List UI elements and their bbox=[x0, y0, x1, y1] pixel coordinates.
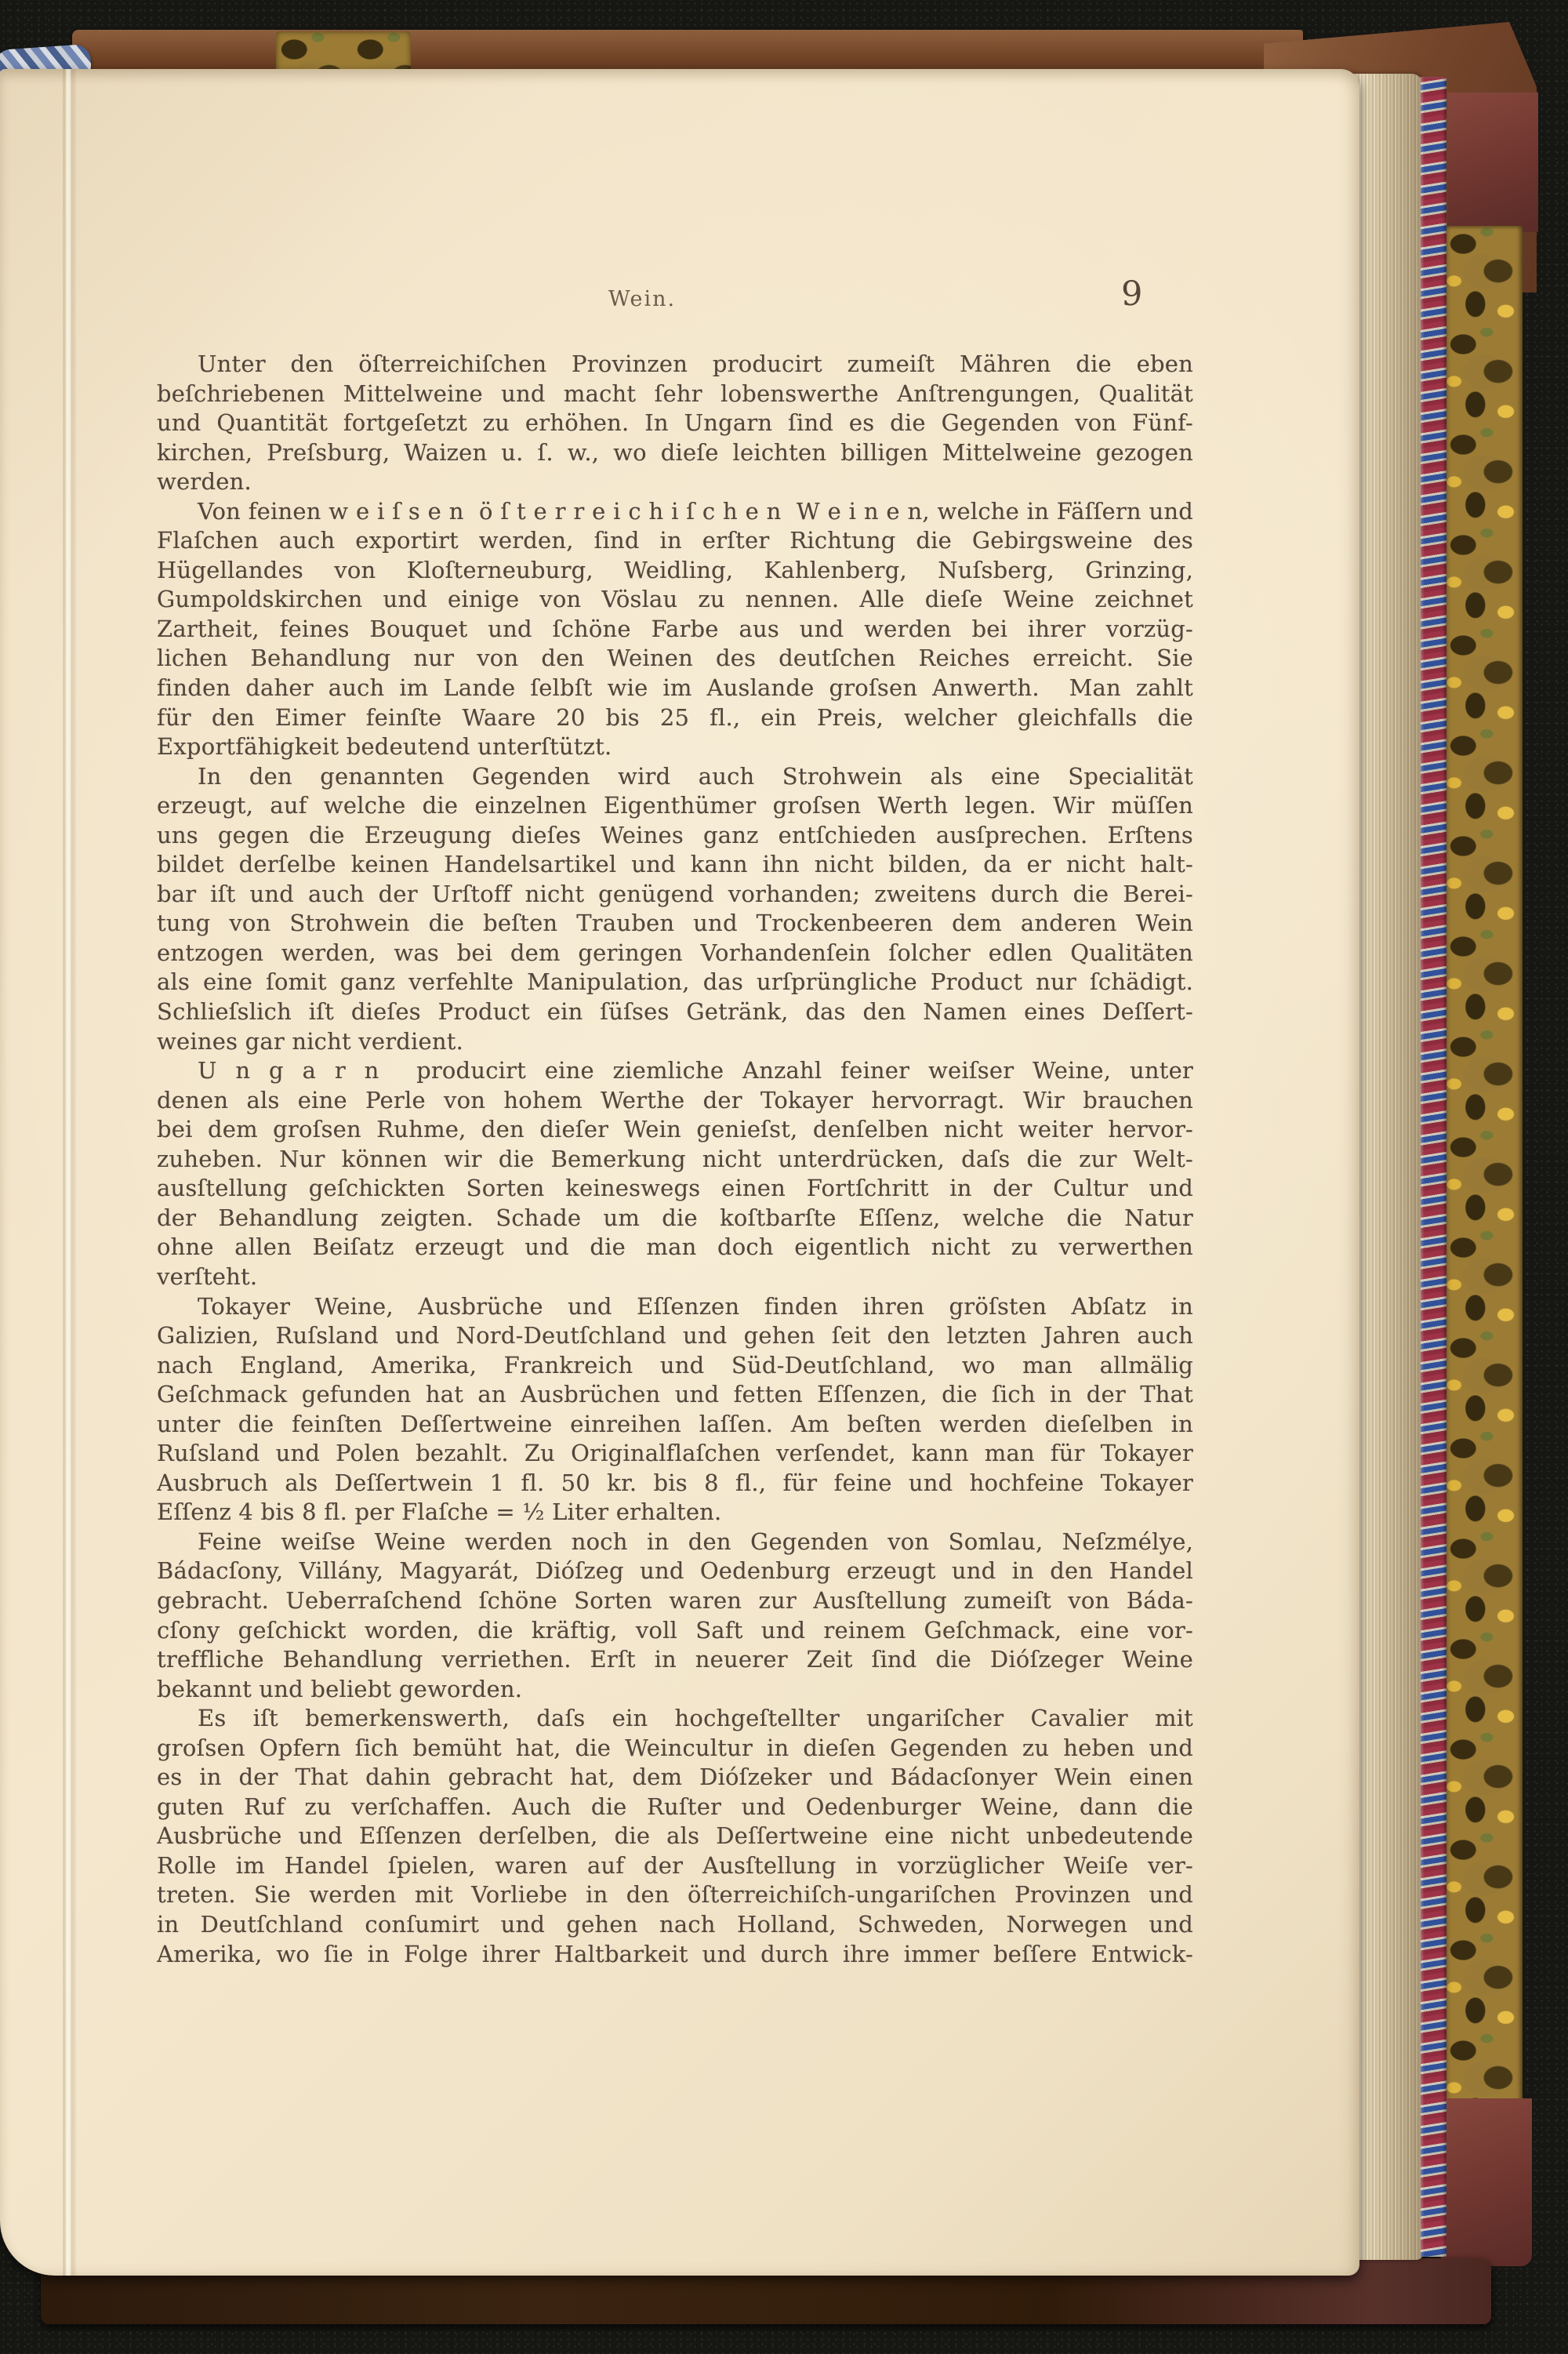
text-line: gebracht. Ueberraſchend ſchöne Sorten wa… bbox=[157, 1586, 1193, 1616]
text-line: Rolle im Handel ſpielen, waren auf der A… bbox=[157, 1851, 1193, 1881]
text-line: verſteht. bbox=[157, 1262, 1193, 1292]
text-line: groſsen Opfern ſich bemüht hat, die Wein… bbox=[157, 1734, 1193, 1764]
text-block: Unter den öſterreichiſchen Provinzen pro… bbox=[157, 350, 1193, 1969]
text-line: für den Eimer feinſte Waare 20 bis 25 fl… bbox=[157, 703, 1193, 733]
maroon-leather-patch-bottom bbox=[1441, 2098, 1532, 2266]
text-line: Flaſchen auch exportirt werden, ſind in … bbox=[157, 526, 1193, 556]
text-line: treten. Sie werden mit Vorliebe in den ö… bbox=[157, 1880, 1193, 1910]
text-line: Tokayer Weine, Ausbrüche und Eſſenzen fi… bbox=[157, 1292, 1193, 1322]
text-line: der Behandlung zeigten. Schade um die ko… bbox=[157, 1204, 1193, 1233]
text-line: Ausbrüche und Eſſenzen derſelben, die al… bbox=[157, 1822, 1193, 1851]
text-line: kirchen, Preſsburg, Waizen u. ſ. w., wo … bbox=[157, 438, 1193, 468]
text-line: Galizien, Ruſsland und Nord-Deutſchland … bbox=[157, 1321, 1193, 1351]
running-header: Wein. bbox=[608, 287, 676, 311]
text-line: Feine weiſse Weine werden noch in den Ge… bbox=[157, 1528, 1193, 1557]
text-line: erzeugt, auf welche die einzelnen Eigent… bbox=[157, 791, 1193, 821]
text-line: Zartheit, feines Bouquet und ſchöne Farb… bbox=[157, 615, 1193, 645]
text-line: Von feinen w e i ſ s e n ö ſ t e r r e i… bbox=[157, 497, 1193, 527]
text-line: Geſchmack gefunden hat an Ausbrüchen und… bbox=[157, 1380, 1193, 1410]
text-line: treffliche Behandlung verriethen. Erſt i… bbox=[157, 1645, 1193, 1675]
page-gutter-crease bbox=[63, 69, 78, 2276]
text-line: nach England, Amerika, Frankreich und Sü… bbox=[157, 1351, 1193, 1381]
text-line: Eſſenz 4 bis 8 fl. per Flaſche = ½ Liter… bbox=[157, 1498, 1193, 1528]
text-line: werden. bbox=[157, 467, 1193, 497]
text-line: und Quantität fortgeſetzt zu erhöhen. In… bbox=[157, 409, 1193, 438]
text-line: bei dem groſsen Ruhme, den dieſer Wein g… bbox=[157, 1115, 1193, 1145]
text-line: guten Ruf zu verſchaffen. Auch die Ruſte… bbox=[157, 1793, 1193, 1822]
text-line: Exportfähigkeit bedeutend unterſtützt. bbox=[157, 732, 1193, 762]
text-line: Ruſsland und Polen bezahlt. Zu Originalf… bbox=[157, 1439, 1193, 1469]
text-line: lichen Behandlung nur von den Weinen des… bbox=[157, 644, 1193, 674]
text-line: beſchriebenen Mittelweine und macht ſehr… bbox=[157, 380, 1193, 409]
text-line: in Deutſchland conſumirt und gehen nach … bbox=[157, 1910, 1193, 1940]
text-line: bekannt und beliebt geworden. bbox=[157, 1675, 1193, 1705]
text-line: ausſtellung geſchickten Sorten keinesweg… bbox=[157, 1174, 1193, 1204]
text-line: Unter den öſterreichiſchen Provinzen pro… bbox=[157, 350, 1193, 380]
text-line: Hügellandes von Kloſterneuburg, Weidling… bbox=[157, 556, 1193, 586]
text-line: es in der That dahin gebracht hat, dem D… bbox=[157, 1763, 1193, 1793]
text-line: bildet derſelbe keinen Handelsartikel un… bbox=[157, 850, 1193, 880]
text-line: entzogen werden, was bei dem geringen Vo… bbox=[157, 939, 1193, 968]
text-line: Ausbruch als Deſſertwein 1 fl. 50 kr. bi… bbox=[157, 1469, 1193, 1498]
marbled-cover-edge bbox=[1445, 226, 1523, 2105]
text-line: denen als eine Perle von hohem Werthe de… bbox=[157, 1086, 1193, 1116]
maroon-leather-patch-top bbox=[1447, 93, 1538, 232]
text-line: Amerika, wo ſie in Folge ihrer Haltbarke… bbox=[157, 1940, 1193, 1970]
text-line: tung von Strohwein die beſten Trauben un… bbox=[157, 909, 1193, 939]
text-line: finden daher auch im Lande ſelbſt wie im… bbox=[157, 674, 1193, 703]
book-page: Wein. 9 Unter den öſterreichiſchen Provi… bbox=[0, 69, 1359, 2276]
text-line: zuheben. Nur können wir die Bemerkung ni… bbox=[157, 1145, 1193, 1175]
fore-edge-marbling bbox=[1421, 77, 1446, 2257]
text-line: Bádacſony, Villány, Magyarát, Dióſzeg un… bbox=[157, 1557, 1193, 1586]
text-line: ohne allen Beiſatz erzeugt und die man d… bbox=[157, 1233, 1193, 1262]
text-line: bar iſt und auch der Urſtoff nicht genüg… bbox=[157, 880, 1193, 910]
text-line: uns gegen die Erzeugung dieſes Weines ga… bbox=[157, 821, 1193, 851]
page-number: 9 bbox=[1121, 274, 1142, 314]
text-line: U n g a r n producirt eine ziemliche Anz… bbox=[157, 1056, 1193, 1086]
text-line: Schlieſslich iſt dieſes Product ein ſüſs… bbox=[157, 997, 1193, 1027]
text-line: weines gar nicht verdient. bbox=[157, 1027, 1193, 1057]
text-line: cſony geſchickt worden, die kräftig, vol… bbox=[157, 1616, 1193, 1646]
text-line: In den genannten Gegenden wird auch Stro… bbox=[157, 762, 1193, 792]
text-line: unter die feinſten Deſſertweine einreihe… bbox=[157, 1410, 1193, 1440]
text-line: Es iſt bemerkenswerth, daſs ein hochgeſt… bbox=[157, 1704, 1193, 1734]
text-line: als eine ſomit ganz verfehlte Manipulati… bbox=[157, 968, 1193, 997]
text-line: Gumpoldskirchen und einige von Vöslau zu… bbox=[157, 585, 1193, 615]
